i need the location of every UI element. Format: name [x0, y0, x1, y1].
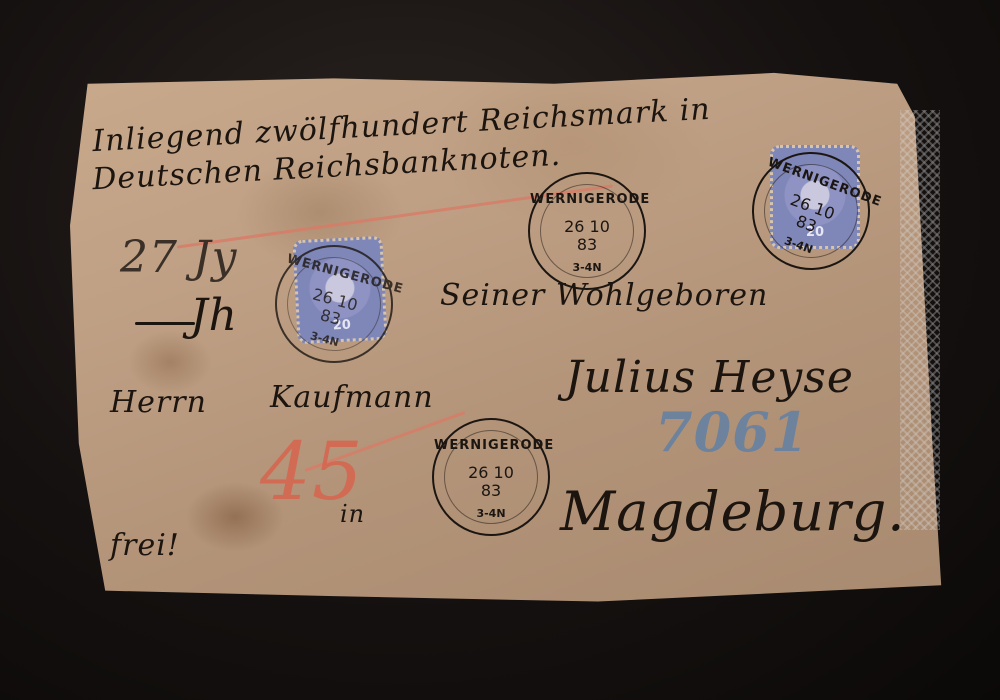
- occupation: Kaufmann: [270, 380, 434, 415]
- postmark-bottom: WERNIGERODE 26 1083 3-4N: [432, 418, 550, 536]
- postscript: frei!: [110, 528, 180, 563]
- dash-mark: [135, 322, 195, 325]
- postmark-town: WERNIGERODE: [434, 438, 548, 453]
- note-left: 27 Jy: [120, 232, 237, 283]
- salutation: Herrn: [110, 385, 207, 420]
- postmark-date: 26 1083: [530, 218, 644, 254]
- red-crayon-number: 45: [260, 425, 364, 518]
- postmark-town: WERNIGERODE: [530, 192, 644, 207]
- recipient-name: Julius Heyse: [565, 352, 854, 403]
- postmark-top-center: WERNIGERODE 26 1083 3-4N: [528, 172, 646, 290]
- city: Magdeburg.: [560, 480, 905, 543]
- postmark-time: 3-4N: [530, 261, 644, 274]
- photograph: Inliegend zwölfhundert Reichsmark in Deu…: [0, 0, 1000, 700]
- lace-backing: [900, 110, 940, 530]
- blue-crayon-number: 7061: [655, 400, 809, 464]
- initial-mark: Jh: [190, 290, 238, 341]
- postmark-date: 26 1083: [434, 464, 548, 500]
- postmark-time: 3-4N: [434, 507, 548, 520]
